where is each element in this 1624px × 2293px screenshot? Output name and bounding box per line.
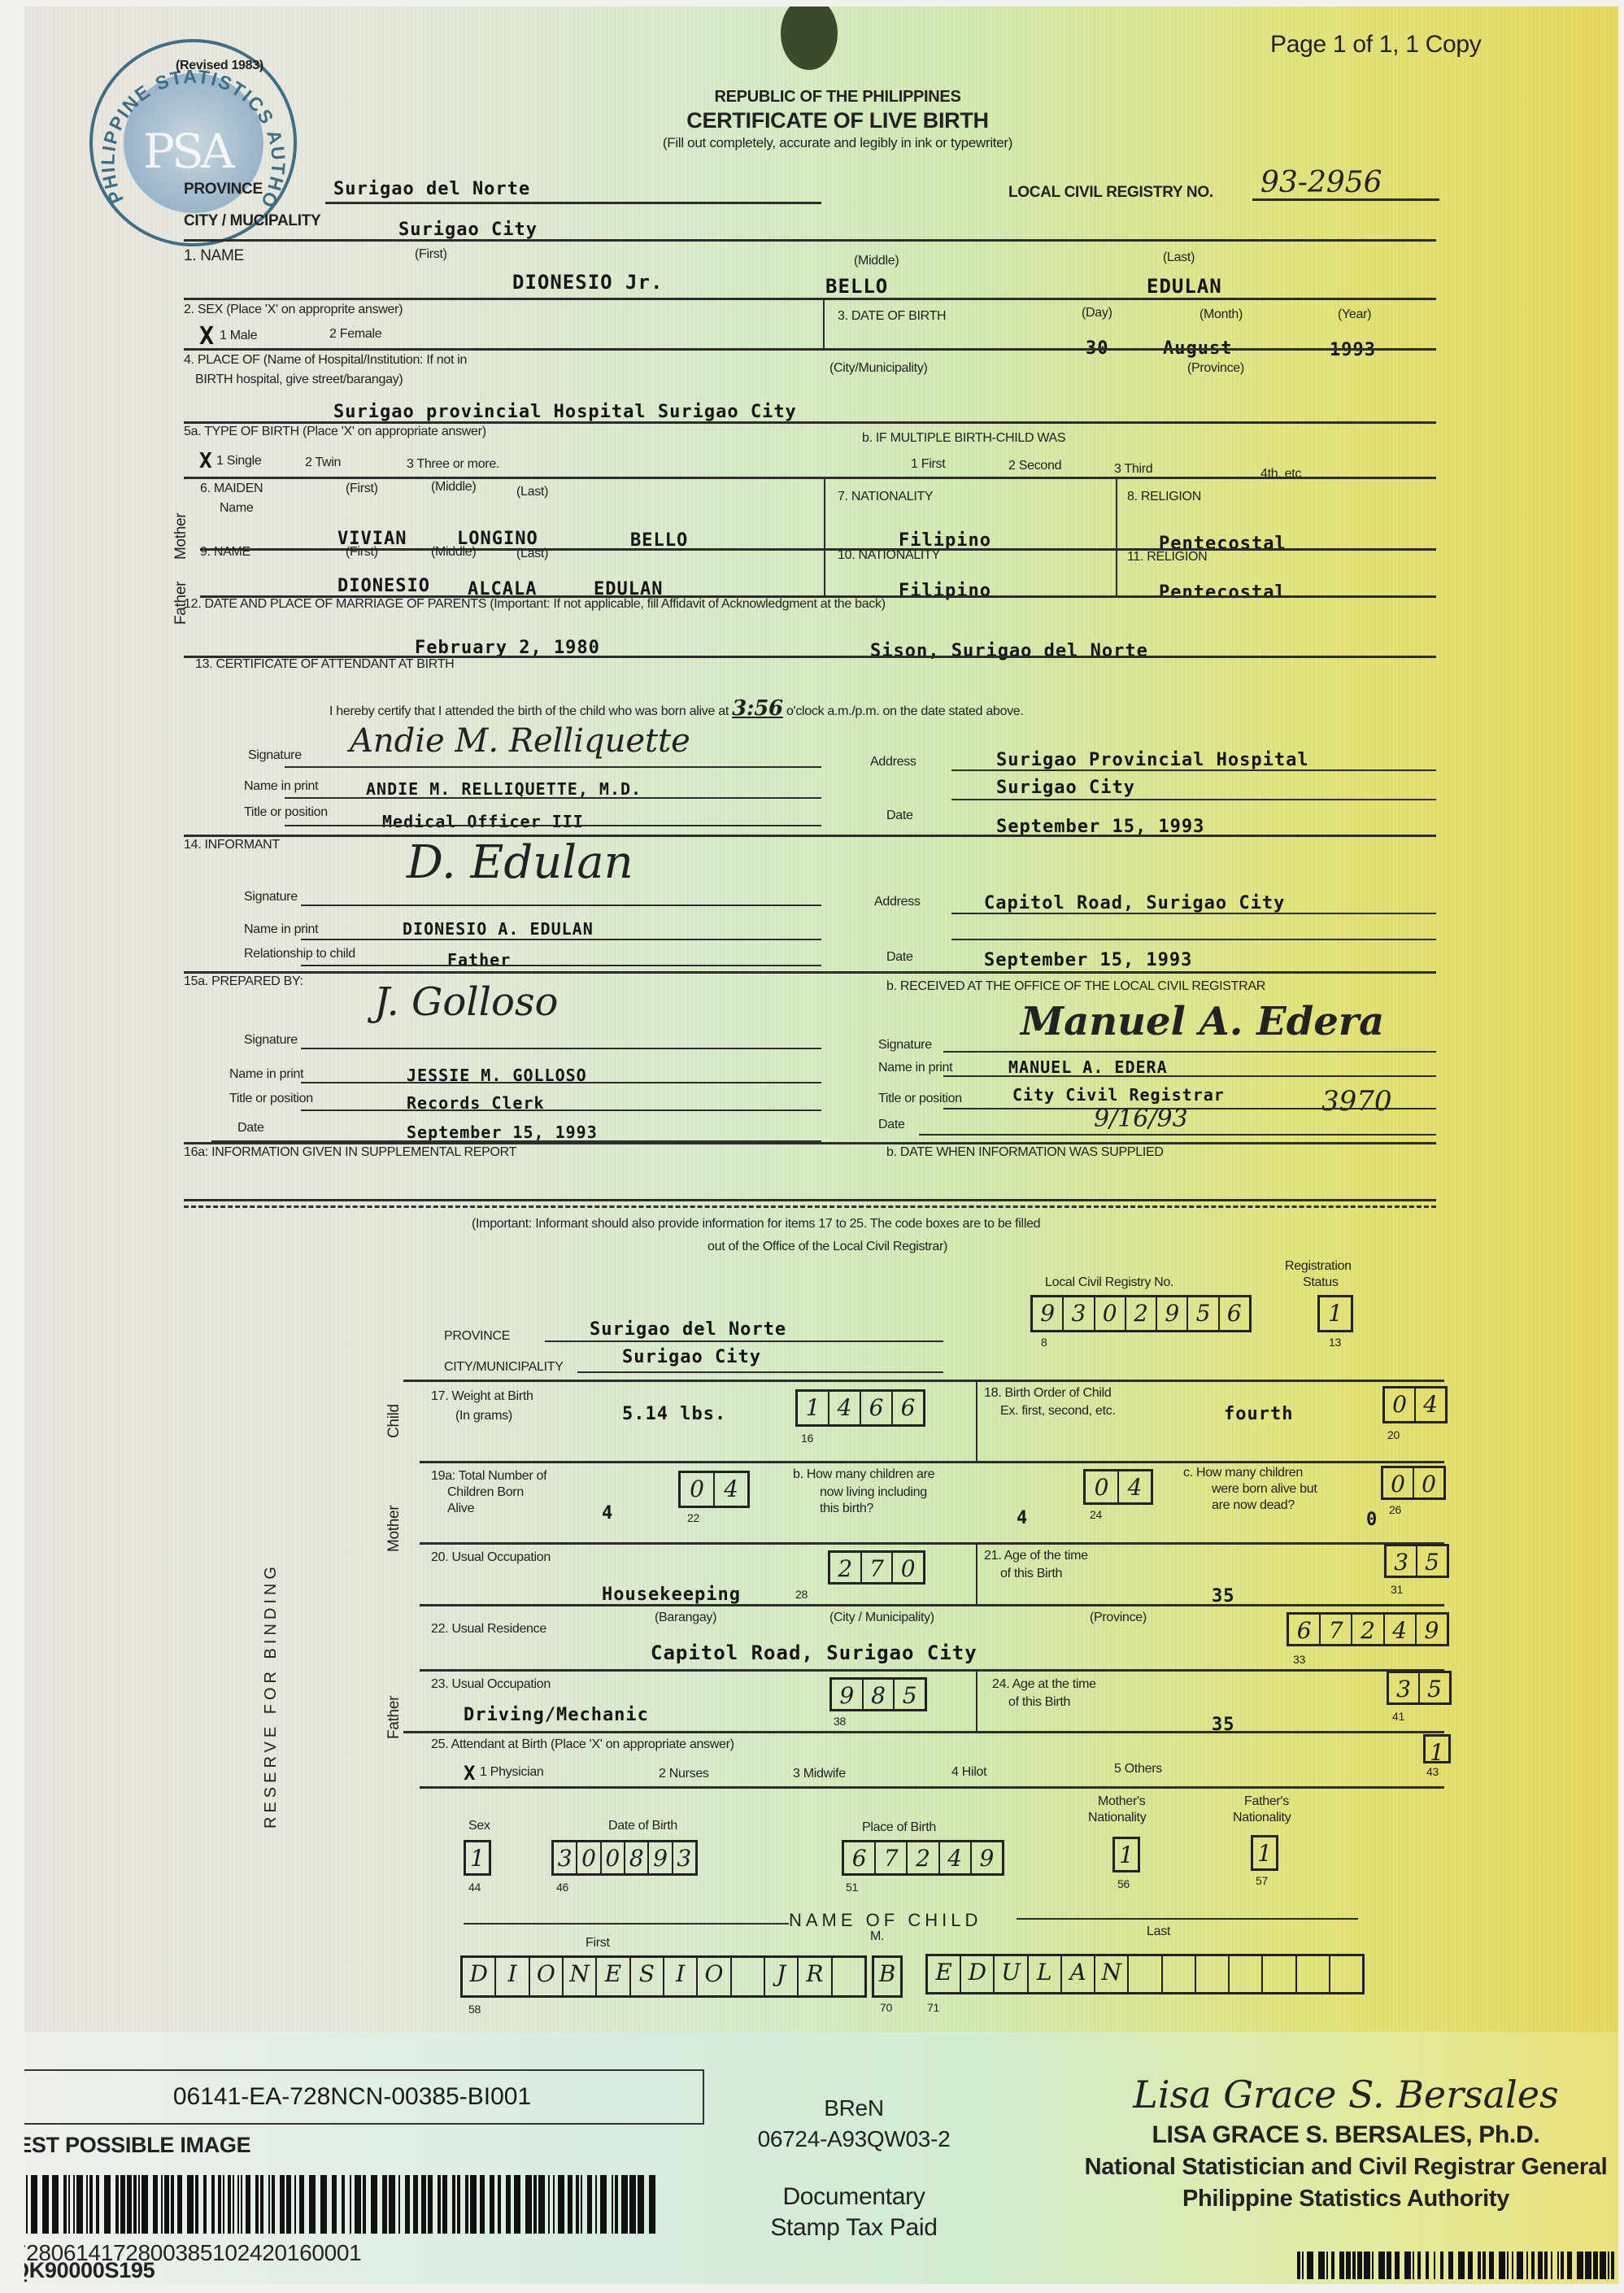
code-box-cell: 2 xyxy=(1352,1615,1384,1644)
mother-middle-caption: (Middle) xyxy=(431,480,476,495)
informant-signature: D. Edulan xyxy=(407,836,633,889)
code-box-cell: 3 xyxy=(554,1842,577,1873)
physician-mark: X xyxy=(464,1762,476,1785)
registration-status-box: 1 xyxy=(1317,1295,1353,1332)
code-number: 46 xyxy=(556,1881,568,1894)
barangay-caption: (Barangay) xyxy=(655,1611,716,1625)
attendant-name-label: Name in print xyxy=(244,779,318,794)
weight-code-boxes: 1466 xyxy=(795,1389,925,1427)
residence-province-caption: (Province) xyxy=(1090,1611,1147,1625)
name-label: 1. NAME xyxy=(184,247,244,265)
code-box-cell xyxy=(833,1958,864,1995)
father-occupation-code-boxes: 985 xyxy=(829,1677,927,1711)
code-number: 24 xyxy=(1090,1508,1102,1521)
republic-label: REPUBLIC OF THE PHILIPPINES xyxy=(512,88,1163,107)
bren-label: BReN xyxy=(708,2095,1000,2121)
code-number: 8 xyxy=(1041,1336,1047,1349)
certify-statement: I hereby certify that I attended the bir… xyxy=(329,696,1024,721)
supplement-city: Surigao City xyxy=(622,1347,761,1367)
pob-code-boxes: 67249 xyxy=(842,1840,1004,1876)
code-box-cell: 8 xyxy=(864,1680,895,1709)
code-box-cell: 5 xyxy=(895,1680,925,1709)
children-living: 4 xyxy=(1017,1508,1028,1528)
informant-date: September 15, 1993 xyxy=(984,950,1192,970)
residence-label: 22. Usual Residence xyxy=(431,1622,546,1637)
registrar-title-label: Title or position xyxy=(878,1092,962,1106)
birth-weight: 5.14 lbs. xyxy=(622,1404,726,1424)
sex-code-box: 1 xyxy=(464,1840,491,1876)
attendant-certificate-label: 13. CERTIFICATE OF ATTENDANT AT BIRTH xyxy=(195,657,454,672)
preparer-date: September 15, 1993 xyxy=(407,1123,598,1142)
code-box-cell xyxy=(1129,1956,1162,1992)
attendant-address-line2: Surigao City xyxy=(996,778,1135,798)
code-number: 43 xyxy=(1426,1765,1439,1778)
code-box-cell: 9 xyxy=(1417,1615,1447,1644)
attendant-others: 5 Others xyxy=(1114,1762,1162,1776)
registrar-signature-label: Signature xyxy=(878,1038,932,1053)
sex-option-female: 2 Female xyxy=(329,327,381,342)
signatory-block: Lisa Grace S. Bersales LISA GRACE S. BER… xyxy=(1045,2073,1618,2212)
code-box-cell: 1 xyxy=(798,1392,829,1424)
code-number: 44 xyxy=(468,1881,481,1894)
informant-name-label: Name in print xyxy=(244,922,318,937)
attendant-address-line1: Surigao Provincial Hospital xyxy=(996,750,1309,770)
children-living-label: b. How many children are xyxy=(793,1467,934,1482)
child-first-name-boxes: DIONESIOJR xyxy=(460,1955,867,1998)
code-box-cell: 6 xyxy=(861,1392,893,1424)
mother-nationality-code-label: Mother's xyxy=(1098,1794,1145,1809)
code-box-cell: 4 xyxy=(829,1392,861,1424)
received-by-label: b. RECEIVED AT THE OFFICE OF THE LOCAL C… xyxy=(886,979,1265,994)
prepared-by-label: 15a. PREPARED BY: xyxy=(184,974,303,989)
registrar-name: MANUEL A. EDERA xyxy=(1008,1057,1168,1077)
children-living-label-2: now living including xyxy=(820,1485,927,1500)
father-age-label: 24. Age at the time xyxy=(992,1677,1096,1692)
supplement-city-label: CITY/MUNICIPALITY xyxy=(444,1360,564,1375)
code-box-cell: O xyxy=(530,1958,564,1995)
signatory-agency: Philippine Statistics Authority xyxy=(1045,2186,1618,2212)
children-born-label: 19a: Total Number of xyxy=(431,1469,546,1484)
child-first-name: DIONESIO Jr. xyxy=(512,271,663,294)
code-box-cell: 8 xyxy=(625,1842,649,1873)
certify-pre: I hereby certify that I attended the bir… xyxy=(329,704,729,718)
code-box-cell xyxy=(1330,1956,1362,1992)
code-number: 70 xyxy=(880,2001,892,2014)
lcr-number: 93-2956 xyxy=(1260,166,1382,199)
form-revision: (Revised 1983) xyxy=(176,59,263,73)
supplement-province: Surigao del Norte xyxy=(590,1319,786,1340)
birth-type-three-or-more: 3 Three or more. xyxy=(407,457,499,472)
mother-nationality-code-box: 1 xyxy=(1112,1837,1140,1872)
certify-post: o'clock a.m./p.m. on the date stated abo… xyxy=(786,704,1024,718)
security-barcode-icon xyxy=(1297,2252,1618,2279)
child-last-name-boxes: EDULAN xyxy=(925,1954,1365,1994)
informant-name: DIONESIO A. EDULAN xyxy=(403,919,594,939)
code-box-cell: 4 xyxy=(1119,1471,1151,1502)
residence-city-caption: (City / Municipality) xyxy=(829,1611,934,1625)
code-box-cell: 4 xyxy=(940,1842,972,1873)
attendant-type-label: 25. Attendant at Birth (Place 'X' on app… xyxy=(431,1737,734,1752)
code-box-cell: 1 xyxy=(466,1842,489,1873)
code-number: 26 xyxy=(1389,1503,1401,1516)
code-box-cell xyxy=(1263,1956,1296,1992)
code-box-cell: 1 xyxy=(1426,1737,1448,1761)
control-number: 06141-EA-728NCN-00385-BI001 xyxy=(173,2083,531,2111)
code-box-cell: 4 xyxy=(715,1473,747,1506)
code-number: 38 xyxy=(834,1715,846,1728)
year-caption: (Year) xyxy=(1338,307,1371,322)
code-box-cell: 2 xyxy=(908,1842,939,1873)
father-occupation-label: 23. Usual Occupation xyxy=(431,1677,551,1692)
code-box-cell: 4 xyxy=(1416,1388,1445,1421)
mother-religion-label: 8. RELIGION xyxy=(1127,490,1201,504)
code-box-cell: 0 xyxy=(577,1842,601,1873)
middle-name-caption: (Middle) xyxy=(854,254,899,268)
code-number: 57 xyxy=(1256,1874,1268,1887)
registrar-date-label: Date xyxy=(878,1118,905,1132)
informant-relationship-label: Relationship to child xyxy=(244,947,355,961)
code-box-cell: 1 xyxy=(1320,1297,1351,1330)
code-box-cell: 5 xyxy=(1417,1546,1447,1576)
children-born-alive: 4 xyxy=(602,1503,613,1524)
form-instruction: (Fill out completely, accurate and legib… xyxy=(512,135,1163,151)
code-number: 58 xyxy=(468,2003,481,2016)
code-number: 22 xyxy=(687,1511,699,1524)
code-dob-label: Date of Birth xyxy=(608,1819,677,1833)
marriage-label: 12. DATE AND PLACE OF MARRIAGE OF PARENT… xyxy=(184,597,886,612)
stamp-tax-line-1: Documentary xyxy=(708,2183,1000,2211)
code-box-cell: A xyxy=(1062,1956,1095,1992)
father-middle-caption: (Middle) xyxy=(431,545,476,560)
informant-address: Capitol Road, Surigao City xyxy=(984,893,1285,913)
mother-name-caption: Name xyxy=(220,501,253,516)
father-nationality-label: 10. NATIONALITY xyxy=(838,548,940,563)
father-religion: Pentecostal xyxy=(1159,582,1287,603)
code-box-cell xyxy=(1297,1956,1330,1992)
children-dead-label: c. How many children xyxy=(1183,1466,1303,1480)
registration-status-label-1: Registration xyxy=(1285,1259,1352,1274)
code-number: 33 xyxy=(1293,1653,1305,1666)
city-label: CITY / MUCIPALITY xyxy=(184,212,320,230)
place-of-birth-value: Surigao provincial Hospital Surigao City xyxy=(333,402,797,422)
children-born-label-3: Alive xyxy=(447,1502,474,1516)
birth-order-code-boxes: 04 xyxy=(1382,1386,1448,1423)
informant-signature-label: Signature xyxy=(244,890,298,905)
code-box-cell: B xyxy=(874,1958,900,1995)
marriage-place: Sison, Surigao del Norte xyxy=(870,641,1148,661)
birth-time: 3:56 xyxy=(732,696,783,721)
page-indicator: Page 1 of 1, 1 Copy xyxy=(1270,31,1481,59)
supplement-province-label: PROVINCE xyxy=(444,1329,510,1344)
children-living-label-3: this birth? xyxy=(820,1502,873,1516)
code-box-cell: 7 xyxy=(1321,1615,1352,1644)
birth-order-label: 18. Birth Order of Child xyxy=(984,1386,1111,1401)
code-box-cell xyxy=(1196,1956,1230,1992)
signatory-position: National Statistician and Civil Registra… xyxy=(1045,2154,1618,2181)
mother-first-caption: (First) xyxy=(346,482,378,496)
code-number: 28 xyxy=(795,1588,808,1601)
father-occupation: Driving/Mechanic xyxy=(464,1705,649,1725)
code-box-cell xyxy=(732,1958,765,1995)
multiple-birth-label: b. IF MULTIPLE BIRTH-CHILD WAS xyxy=(862,431,1065,446)
informant-relationship: Father xyxy=(447,950,511,970)
preparer-name-label: Name in print xyxy=(229,1067,303,1082)
code-box-cell: 1 xyxy=(1253,1837,1276,1868)
registrar-signature: Manuel A. Edera xyxy=(1021,999,1384,1044)
code-box-cell: L xyxy=(1029,1956,1062,1992)
code-box-cell: 6 xyxy=(893,1392,923,1424)
living-code-boxes: 04 xyxy=(1083,1469,1153,1505)
code-box-cell: 6 xyxy=(1289,1615,1321,1644)
code-box-cell: 3 xyxy=(1387,1546,1417,1576)
child-middle-initial-box: B xyxy=(872,1955,903,1998)
code-box-cell: 9 xyxy=(649,1842,673,1873)
father-age-label-2: of this Birth xyxy=(1008,1695,1070,1710)
code-box-cell: N xyxy=(1095,1956,1129,1992)
attendant-physician: 1 Physician xyxy=(480,1765,544,1780)
attendant-name: ANDIE M. RELLIQUETTE, M.D. xyxy=(366,779,642,799)
mother-age-label-2: of this Birth xyxy=(1000,1567,1062,1581)
attendant-nurses: 2 Nurses xyxy=(659,1767,709,1781)
month-caption: (Month) xyxy=(1199,307,1243,322)
child-first-caption: First xyxy=(586,1936,610,1951)
father-religion-label: 11. RELIGION xyxy=(1127,550,1207,565)
multiple-second: 2 Second xyxy=(1008,459,1061,473)
code-box-cell: E xyxy=(597,1958,630,1995)
code-box-cell: 6 xyxy=(1220,1297,1249,1330)
attendant-title: Medical Officer III xyxy=(382,812,584,831)
father-first-name: DIONESIO xyxy=(337,576,430,596)
code-box-cell: O xyxy=(698,1958,731,1995)
child-last-name: EDULAN xyxy=(1147,275,1222,298)
children-dead-label-2: were born alive but xyxy=(1212,1482,1317,1497)
pob-city-caption: (City/Municipality) xyxy=(829,361,928,376)
attendant-midwife: 3 Midwife xyxy=(793,1767,846,1781)
document-title: CERTIFICATE OF LIVE BIRTH xyxy=(512,108,1163,133)
stamp-tax-line-2: Stamp Tax Paid xyxy=(708,2214,1000,2242)
attendant-date-label: Date xyxy=(886,809,913,823)
code-box-cell: S xyxy=(631,1958,664,1995)
children-born-label-2: Children Born xyxy=(447,1485,524,1500)
father-last-caption: (Last) xyxy=(516,547,548,561)
residence-code-boxes: 67249 xyxy=(1287,1612,1449,1646)
place-of-birth-label-2: BIRTH hospital, give street/barangay) xyxy=(195,373,403,387)
code-box-cell: 9 xyxy=(1157,1297,1188,1330)
code-box-cell: I xyxy=(496,1958,529,1995)
registrar-note: 3970 xyxy=(1321,1085,1392,1118)
children-dead-label-3: are now dead? xyxy=(1212,1498,1295,1513)
mother-stats-side-label: Mother xyxy=(385,1506,403,1552)
code-number: 16 xyxy=(801,1432,813,1445)
pob-province-caption: (Province) xyxy=(1187,361,1244,376)
code-box-cell: D xyxy=(463,1958,496,1995)
birth-order-caption: Ex. first, second, etc. xyxy=(1000,1404,1116,1419)
city-value: Surigao City xyxy=(398,220,538,240)
child-middle-caption: M. xyxy=(870,1929,884,1944)
mother-nationality-code-label-2: Nationality xyxy=(1088,1811,1146,1825)
preparer-signature-label: Signature xyxy=(244,1033,298,1048)
dob-code-boxes: 300893 xyxy=(551,1840,698,1876)
birth-type-single: 1 Single xyxy=(216,454,261,469)
multiple-first: 1 First xyxy=(911,457,945,472)
security-serial: QK90000S195 xyxy=(24,2258,155,2283)
document-header: REPUBLIC OF THE PHILIPPINES CERTIFICATE … xyxy=(512,88,1163,151)
bren-block: BReN 06724-A93QW03-2 Documentary Stamp T… xyxy=(708,2095,1000,2242)
code-number: 20 xyxy=(1387,1428,1400,1441)
code-box-cell: 2 xyxy=(830,1553,862,1582)
code-box-cell: 4 xyxy=(1385,1615,1417,1644)
father-nationality-code-label: Father's xyxy=(1244,1794,1289,1809)
province-value: Surigao del Norte xyxy=(333,179,530,199)
bren-number: 06724-A93QW03-2 xyxy=(708,2126,1000,2152)
multiple-fourth: 4th, etc xyxy=(1260,467,1301,482)
code-box-cell: 0 xyxy=(602,1842,625,1873)
sex-option-male: 1 Male xyxy=(220,329,257,343)
code-box-cell: U xyxy=(995,1956,1028,1992)
code-box-cell: 6 xyxy=(844,1842,876,1873)
preparer-title-label: Title or position xyxy=(229,1092,313,1106)
birth-order: fourth xyxy=(1224,1404,1293,1424)
code-box-cell: E xyxy=(928,1956,961,1992)
code-box-cell: 9 xyxy=(972,1842,1002,1873)
child-side-label: Child xyxy=(385,1404,403,1438)
code-box-cell: 7 xyxy=(862,1553,894,1582)
code-number: 71 xyxy=(927,2001,939,2014)
code-box-cell xyxy=(1163,1956,1196,1992)
code-box-cell: 9 xyxy=(1033,1297,1064,1330)
birth-type-twin: 2 Twin xyxy=(305,456,341,470)
father-nationality-code-box: 1 xyxy=(1251,1835,1278,1871)
date-of-birth-label: 3. DATE OF BIRTH xyxy=(838,309,946,324)
mother-occupation-code-boxes: 270 xyxy=(828,1550,925,1585)
code-box-cell: 5 xyxy=(1420,1673,1449,1702)
mother-side-label: Mother xyxy=(172,513,190,560)
code-box-cell: 2 xyxy=(1126,1297,1157,1330)
image-quality-label: BEST POSSIBLE IMAGE xyxy=(24,2133,250,2158)
preparer-date-label: Date xyxy=(237,1121,264,1136)
child-middle-name: BELLO xyxy=(825,275,888,298)
type-of-birth-label: 5a. TYPE OF BIRTH (Place 'X' on appropri… xyxy=(184,425,486,439)
code-box-cell: 3 xyxy=(1389,1673,1420,1702)
attendant-code-box: 1 xyxy=(1423,1734,1451,1763)
mother-age-code-boxes: 35 xyxy=(1384,1544,1449,1578)
attendant-hilot: 4 Hilot xyxy=(951,1765,986,1780)
day-caption: (Day) xyxy=(1082,306,1112,320)
sex-male-mark: X xyxy=(199,322,215,351)
children-dead: 0 xyxy=(1366,1510,1378,1530)
attendant-address-label: Address xyxy=(870,755,916,769)
informant-address-label: Address xyxy=(874,895,921,909)
single-birth-mark: X xyxy=(199,449,213,473)
sex-label: 2. SEX (Place 'X' on approprite answer) xyxy=(184,303,403,317)
code-box-cell: N xyxy=(564,1958,597,1995)
code-box-cell: 3 xyxy=(673,1842,695,1873)
attendant-signature-label: Signature xyxy=(248,748,302,763)
supplement-note-1: (Important: Informant should also provid… xyxy=(472,1217,1040,1232)
code-number: 31 xyxy=(1391,1583,1403,1596)
code-box-cell: I xyxy=(664,1958,698,1995)
preparer-signature: J. Golloso xyxy=(374,979,558,1025)
attendant-signature: Andie M. Relliquette xyxy=(350,722,690,760)
attendant-title-label: Title or position xyxy=(244,805,328,820)
weight-units-caption: (In grams) xyxy=(455,1409,512,1423)
code-box-cell: 5 xyxy=(1188,1297,1219,1330)
registrar-general-signature: Lisa Grace S. Bersales xyxy=(1045,2073,1618,2116)
code-box-cell: 0 xyxy=(1385,1388,1416,1421)
code-number: 13 xyxy=(1329,1336,1341,1349)
registrar-date: 9/16/93 xyxy=(1094,1105,1188,1133)
code-box-cell: 9 xyxy=(832,1680,864,1709)
binder-hole xyxy=(781,7,838,70)
mother-age-label: 21. Age of the time xyxy=(984,1549,1088,1563)
code-box-cell: J xyxy=(765,1958,799,1995)
code-pob-label: Place of Birth xyxy=(862,1820,936,1835)
mother-occupation: Housekeeping xyxy=(602,1585,741,1605)
code-number: 51 xyxy=(846,1881,858,1894)
informant-label: 14. INFORMANT xyxy=(184,838,280,852)
child-last-caption: Last xyxy=(1147,1925,1170,1939)
province-label: PROVINCE xyxy=(184,181,263,198)
last-name-caption: (Last) xyxy=(1163,251,1195,265)
father-stats-side-label: Father xyxy=(385,1696,403,1739)
control-number-box: 06141-EA-728NCN-00385-BI001 xyxy=(24,2069,704,2125)
informant-date-label: Date xyxy=(886,950,913,965)
registrar-title: City Civil Registrar xyxy=(1012,1085,1225,1105)
supplement-note-2: out of the Office of the Local Civil Reg… xyxy=(708,1240,947,1254)
multiple-third: 3 Third xyxy=(1114,462,1152,477)
code-box-cell: 3 xyxy=(1064,1297,1095,1330)
mother-nationality-label: 7. NATIONALITY xyxy=(838,490,933,504)
father-name-label: 9. NAME xyxy=(200,545,250,560)
code-box-cell: 0 xyxy=(893,1553,923,1582)
father-first-caption: (First) xyxy=(346,545,378,560)
supplement-lcr-label: Local Civil Registry No. xyxy=(1045,1275,1173,1290)
dead-code-boxes: 00 xyxy=(1381,1466,1446,1500)
date-info-supplied-label: b. DATE WHEN INFORMATION WAS SUPPLIED xyxy=(886,1145,1164,1160)
barcode-icon xyxy=(24,2175,659,2234)
lcr-label: LOCAL CIVIL REGISTRY NO. xyxy=(1008,184,1213,202)
code-box-cell: D xyxy=(961,1956,995,1992)
born-alive-code-boxes: 04 xyxy=(678,1471,750,1508)
code-number: 56 xyxy=(1117,1877,1130,1890)
mother-maiden-name-label: 6. MAIDEN xyxy=(200,482,263,496)
code-box-cell: 0 xyxy=(681,1473,715,1506)
code-box-cell: 0 xyxy=(1414,1468,1443,1497)
mother-occupation-label: 20. Usual Occupation xyxy=(431,1550,551,1565)
code-box-cell: 0 xyxy=(1086,1471,1119,1502)
code-number: 41 xyxy=(1392,1710,1404,1723)
code-box-cell xyxy=(1230,1956,1263,1992)
usual-residence: Capitol Road, Surigao City xyxy=(651,1641,977,1664)
registrar-name-label: Name in print xyxy=(878,1061,952,1075)
code-box-cell: 1 xyxy=(1115,1839,1138,1870)
father-age-code-boxes: 35 xyxy=(1387,1671,1452,1705)
mother-last-caption: (Last) xyxy=(516,485,548,499)
name-of-child-label: NAME OF CHILD xyxy=(789,1910,982,1931)
lcr-code-boxes: 9302956 xyxy=(1030,1295,1252,1332)
registration-status-label-2: Status xyxy=(1303,1275,1339,1290)
father-nationality-code-label-2: Nationality xyxy=(1233,1811,1291,1825)
father-nationality: Filipino xyxy=(899,581,991,601)
code-box-cell: 0 xyxy=(1095,1297,1126,1330)
birth-certificate-page: PSA PHILIPPINE STATISTICS AUTHORITY (Rev… xyxy=(24,7,1618,2284)
place-of-birth-label: 4. PLACE OF (Name of Hospital/Institutio… xyxy=(184,353,467,368)
reserve-for-binding-label: RESERVE FOR BINDING xyxy=(262,1563,281,1829)
code-sex-label: Sex xyxy=(468,1819,490,1833)
signatory-name: LISA GRACE S. BERSALES, Ph.D. xyxy=(1045,2121,1618,2149)
supplemental-report-label: 16a: INFORMATION GIVEN IN SUPPLEMENTAL R… xyxy=(184,1145,516,1160)
code-box-cell: R xyxy=(799,1958,832,1995)
